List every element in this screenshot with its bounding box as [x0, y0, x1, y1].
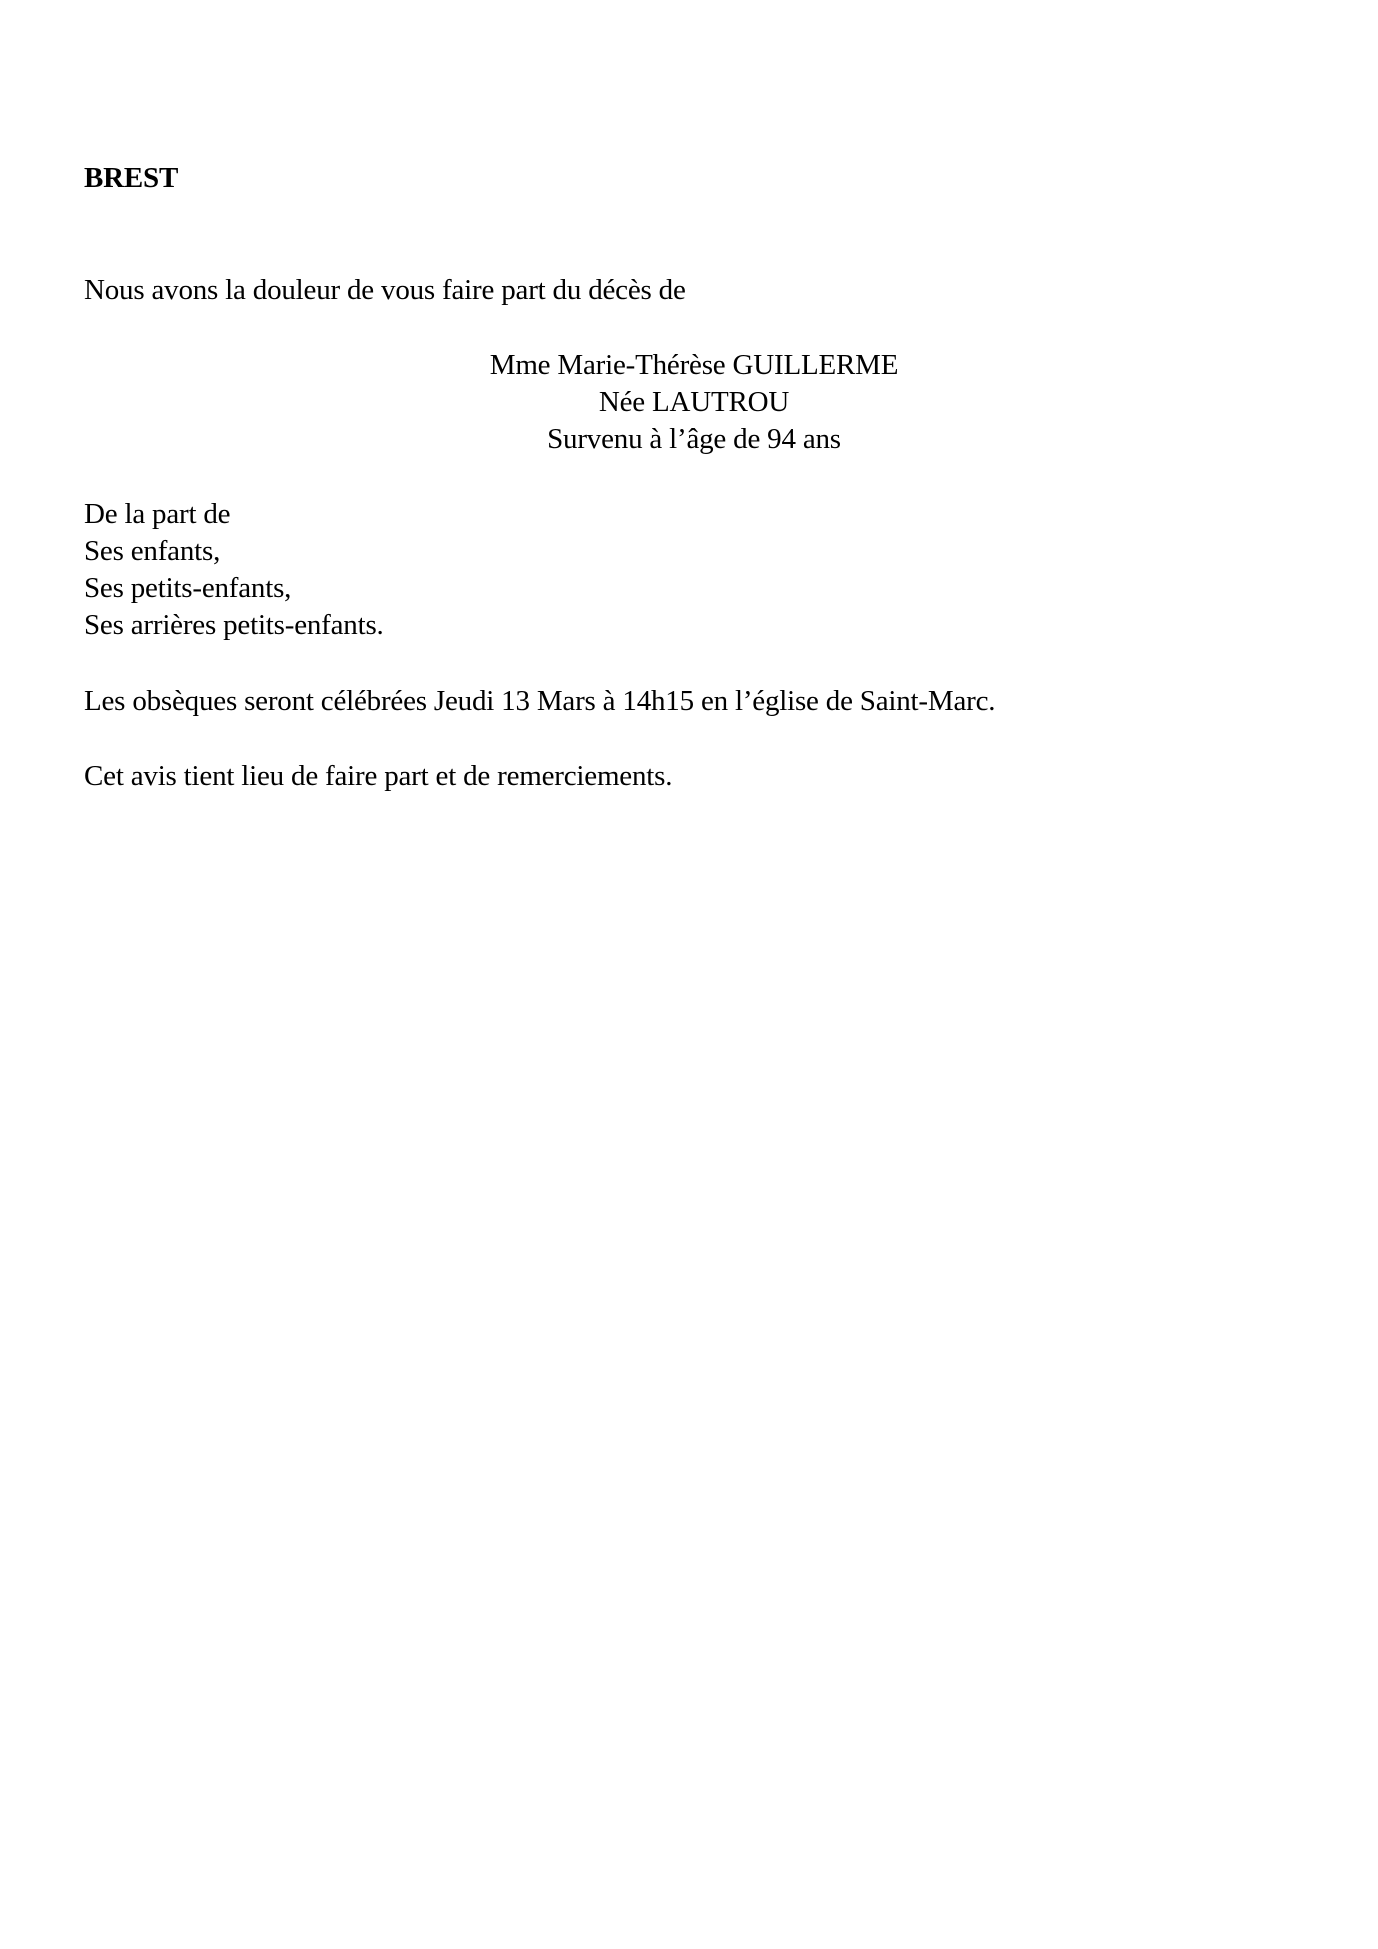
family-line: Ses petits-enfants,: [84, 570, 291, 607]
deceased-name: Mme Marie-Thérèse GUILLERME: [0, 347, 1378, 384]
closing-text: Cet avis tient lieu de faire part et de …: [84, 758, 672, 795]
funeral-info: Les obsèques seront célébrées Jeudi 13 M…: [84, 683, 995, 720]
intro-text: Nous avons la douleur de vous faire part…: [84, 272, 686, 309]
city-heading: BREST: [84, 160, 178, 197]
family-line: Ses arrières petits-enfants.: [84, 607, 384, 644]
from-heading: De la part de: [84, 496, 230, 533]
maiden-name: Née LAUTROU: [0, 384, 1378, 421]
document-page: BREST Nous avons la douleur de vous fair…: [0, 0, 1378, 1949]
family-line: Ses enfants,: [84, 533, 220, 570]
age-line: Survenu à l’âge de 94 ans: [0, 421, 1378, 458]
